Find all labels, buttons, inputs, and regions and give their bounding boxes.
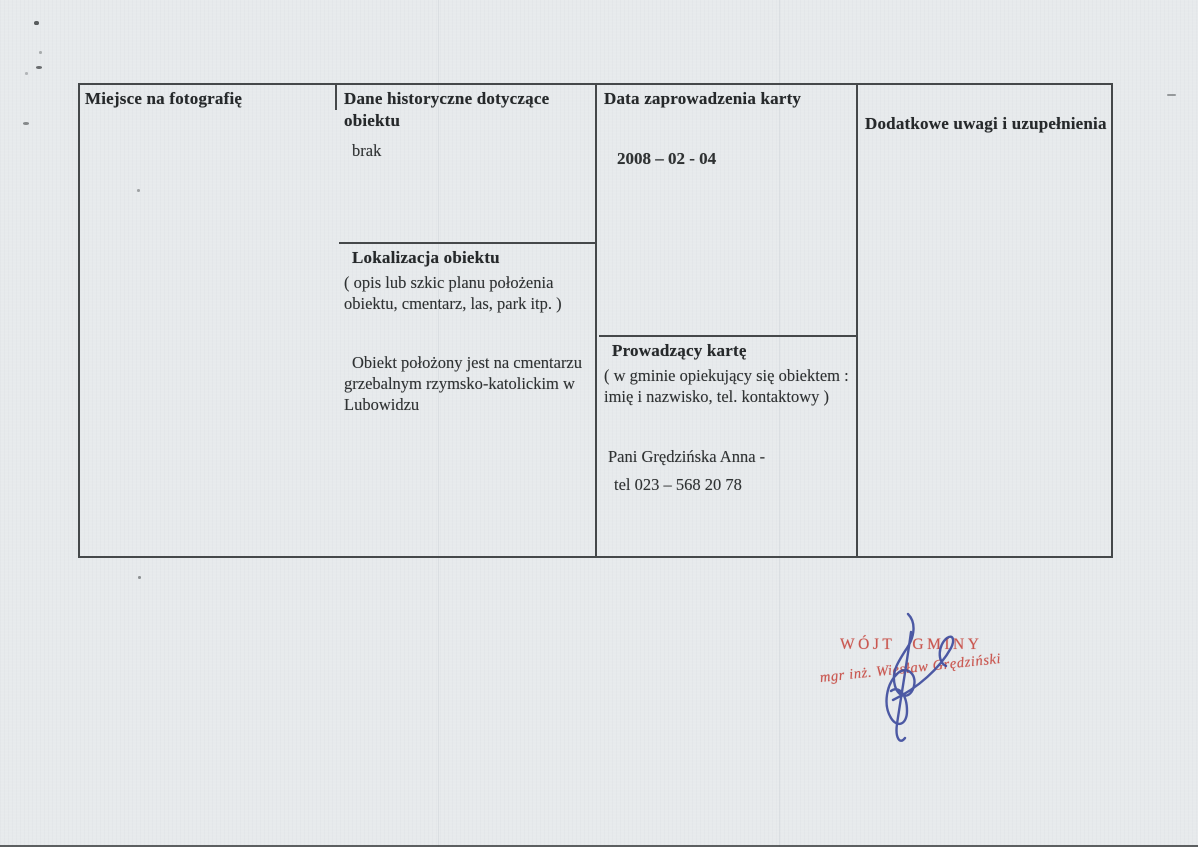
scan-speck bbox=[39, 51, 42, 54]
cell-object-location: Lokalizacja obiektu ( opis lub szkic pla… bbox=[339, 244, 595, 415]
cell-card-date: Data zaprowadzenia karty 2008 – 02 - 04 bbox=[599, 85, 856, 337]
handwritten-signature bbox=[858, 592, 963, 747]
keeper-header: Prowadzący kartę bbox=[612, 340, 852, 362]
keeper-hint: ( w gminie opiekujący się obiektem : imi… bbox=[604, 365, 852, 407]
cell-photo-place: Miejsce na fotografię bbox=[80, 85, 337, 110]
location-header: Lokalizacja obiektu bbox=[352, 247, 591, 269]
scan-speck bbox=[25, 72, 28, 75]
scan-speck bbox=[23, 122, 29, 125]
column-historical-location: Dane historyczne dotyczące obiektu brak … bbox=[339, 85, 597, 556]
scanned-record-card-page: Miejsce na fotografię Dane historyczne d… bbox=[0, 0, 1198, 847]
column-date-keeper: Data zaprowadzenia karty 2008 – 02 - 04 … bbox=[599, 85, 858, 556]
location-hint: ( opis lub szkic planu położenia obiektu… bbox=[344, 272, 591, 314]
historical-data-value: brak bbox=[352, 140, 591, 161]
scan-speck bbox=[34, 21, 39, 25]
cell-card-keeper: Prowadzący kartę ( w gminie opiekujący s… bbox=[599, 337, 856, 495]
historical-data-header: Dane historyczne dotyczące obiektu bbox=[344, 88, 591, 132]
location-value: Obiekt położony jest na cmentarzu grzeba… bbox=[344, 352, 591, 415]
cell-additional-notes: Dodatkowe uwagi i uzupełnienia bbox=[860, 110, 1198, 135]
scan-speck bbox=[1167, 94, 1176, 96]
keeper-person: Pani Grędzińska Anna - bbox=[608, 446, 852, 467]
keeper-phone: tel 023 – 568 20 78 bbox=[614, 474, 852, 495]
cell-historical-data: Dane historyczne dotyczące obiektu brak bbox=[339, 85, 595, 244]
scan-speck bbox=[138, 576, 141, 579]
card-date-header: Data zaprowadzenia karty bbox=[604, 88, 852, 110]
scan-speck bbox=[36, 66, 42, 69]
photo-place-header: Miejsce na fotografię bbox=[85, 88, 331, 110]
record-card-table: Miejsce na fotografię Dane historyczne d… bbox=[78, 83, 1113, 558]
additional-notes-header: Dodatkowe uwagi i uzupełnienia bbox=[865, 113, 1198, 135]
card-date-value: 2008 – 02 - 04 bbox=[617, 148, 852, 169]
